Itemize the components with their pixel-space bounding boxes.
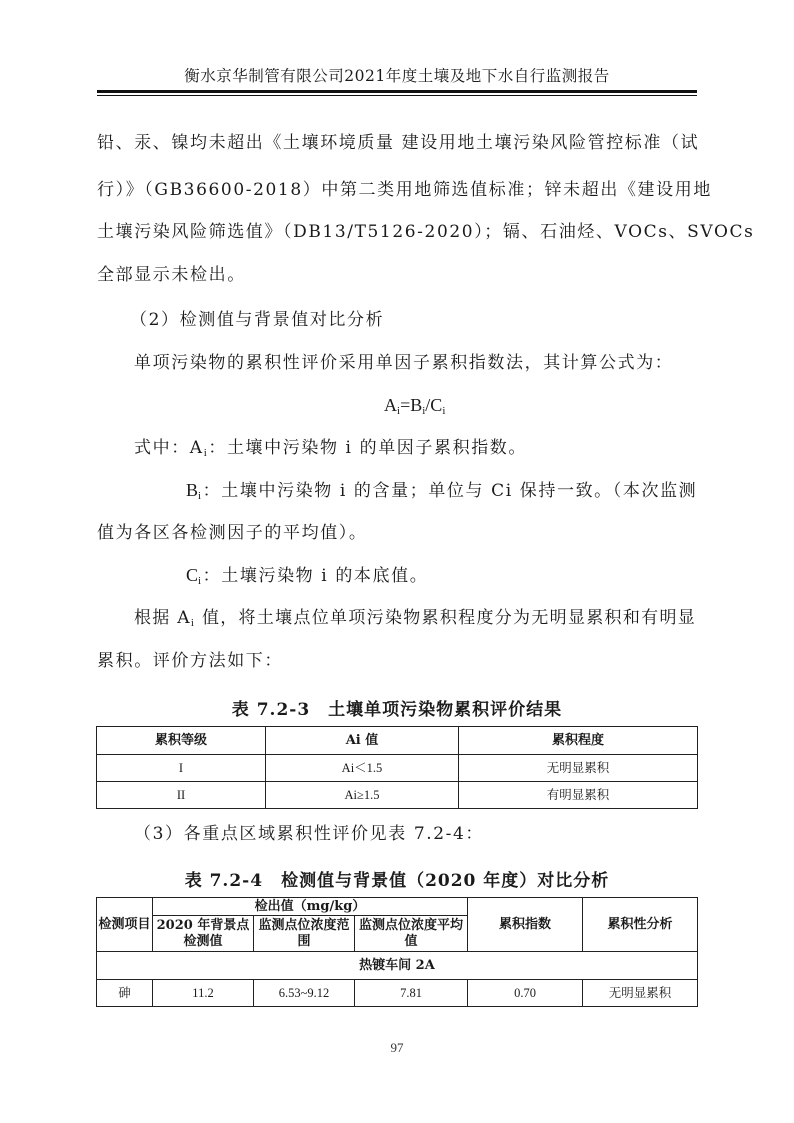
table-cell: 11.2 xyxy=(153,980,254,1007)
formula: Ai=Bi/Ci xyxy=(384,395,794,421)
header-rule-thick xyxy=(97,90,697,93)
table-row: II Ai≥1.5 有明显累积 xyxy=(97,782,698,809)
table-7-2-4-caption: 表 7.2-4 检测值与背景值（2020 年度）对比分析 xyxy=(0,866,794,891)
table-header-row: 检测项目 检出值（mg/kg） 累积指数 累积性分析 xyxy=(97,898,698,916)
header-cell: 检测项目 xyxy=(97,898,153,952)
paragraph-line: 铅、汞、镍均未超出《土壤环境质量 建设用地土壤污染风险管控标准（试 xyxy=(97,133,697,153)
paragraph-line: 全部显示未检出。 xyxy=(97,265,697,285)
header-cell: 2020 年背景点检测值 xyxy=(153,916,254,952)
header-cell: 累积性分析 xyxy=(583,898,698,952)
table-cell: 0.70 xyxy=(468,980,583,1007)
header-cell: 监测点位浓度平均值 xyxy=(355,916,468,952)
definition-a: 式中：Ai：土壤中污染物 i 的单因子累积指数。 xyxy=(134,438,734,463)
table-cell: 6.53~9.12 xyxy=(254,980,355,1007)
header-cell: 监测点位浓度范围 xyxy=(254,916,355,952)
definition-c: Ci：土壤污染物 i 的本底值。 xyxy=(186,565,786,591)
table-header-row: 累积等级 Ai 值 累积程度 xyxy=(97,727,698,755)
paragraph-line: 值为各区各检测因子的平均值）。 xyxy=(97,523,697,543)
section-heading-3: （3）各重点区域累积性评价见表 7.2-4： xyxy=(134,824,734,844)
definition-b: Bi：土壤中污染物 i 的含量；单位与 Ci 保持一致。（本次监测 xyxy=(186,480,786,506)
table-cell: II xyxy=(97,782,266,809)
table-cell: Ai＜1.5 xyxy=(266,755,459,782)
table-cell: 砷 xyxy=(97,980,153,1007)
paragraph-line: 根据 Ai 值，将土壤点位单项污染物累积程度分为无明显累积和有明显 xyxy=(134,608,734,633)
table-cell: 无明显累积 xyxy=(583,980,698,1007)
header-cell-group: 检出值（mg/kg） xyxy=(153,898,468,916)
table-7-2-3: 累积等级 Ai 值 累积程度 I Ai＜1.5 无明显累积 II Ai≥1.5 … xyxy=(96,726,698,809)
table-row: 砷 11.2 6.53~9.12 7.81 0.70 无明显累积 xyxy=(97,980,698,1007)
header-cell: 累积程度 xyxy=(459,727,698,755)
section-cell: 热镀车间 2A xyxy=(97,952,698,980)
table-cell: Ai≥1.5 xyxy=(266,782,459,809)
table-7-2-4: 检测项目 检出值（mg/kg） 累积指数 累积性分析 2020 年背景点检测值 … xyxy=(96,897,698,1007)
paragraph-line: 单项污染物的累积性评价采用单因子累积指数法，其计算公式为： xyxy=(134,353,734,373)
header-rule-thin xyxy=(97,95,697,96)
table-cell: I xyxy=(97,755,266,782)
table-7-2-3-caption: 表 7.2-3 土壤单项污染物累积评价结果 xyxy=(0,695,794,720)
table-row: I Ai＜1.5 无明显累积 xyxy=(97,755,698,782)
paragraph-line: 行）》（GB36600-2018）中第二类用地筛选值标准；锌未超出《建设用地 xyxy=(97,180,697,200)
header-cell: Ai 值 xyxy=(266,727,459,755)
section-heading-2: （2）检测值与背景值对比分析 xyxy=(130,310,730,330)
table-cell: 有明显累积 xyxy=(459,782,698,809)
paragraph-line: 累积。评价方法如下： xyxy=(97,651,697,671)
header-cell: 累积等级 xyxy=(97,727,266,755)
report-title: 衡水京华制管有限公司2021年度土壤及地下水自行监测报告 xyxy=(0,64,794,86)
table-cell: 无明显累积 xyxy=(459,755,698,782)
header-cell: 累积指数 xyxy=(468,898,583,952)
page-number: 97 xyxy=(0,1040,794,1056)
paragraph-line: 土壤污染风险筛选值》（DB13/T5126-2020）；镉、石油烃、VOCs、S… xyxy=(97,222,697,242)
table-cell: 7.81 xyxy=(355,980,468,1007)
table-section-row: 热镀车间 2A xyxy=(97,952,698,980)
